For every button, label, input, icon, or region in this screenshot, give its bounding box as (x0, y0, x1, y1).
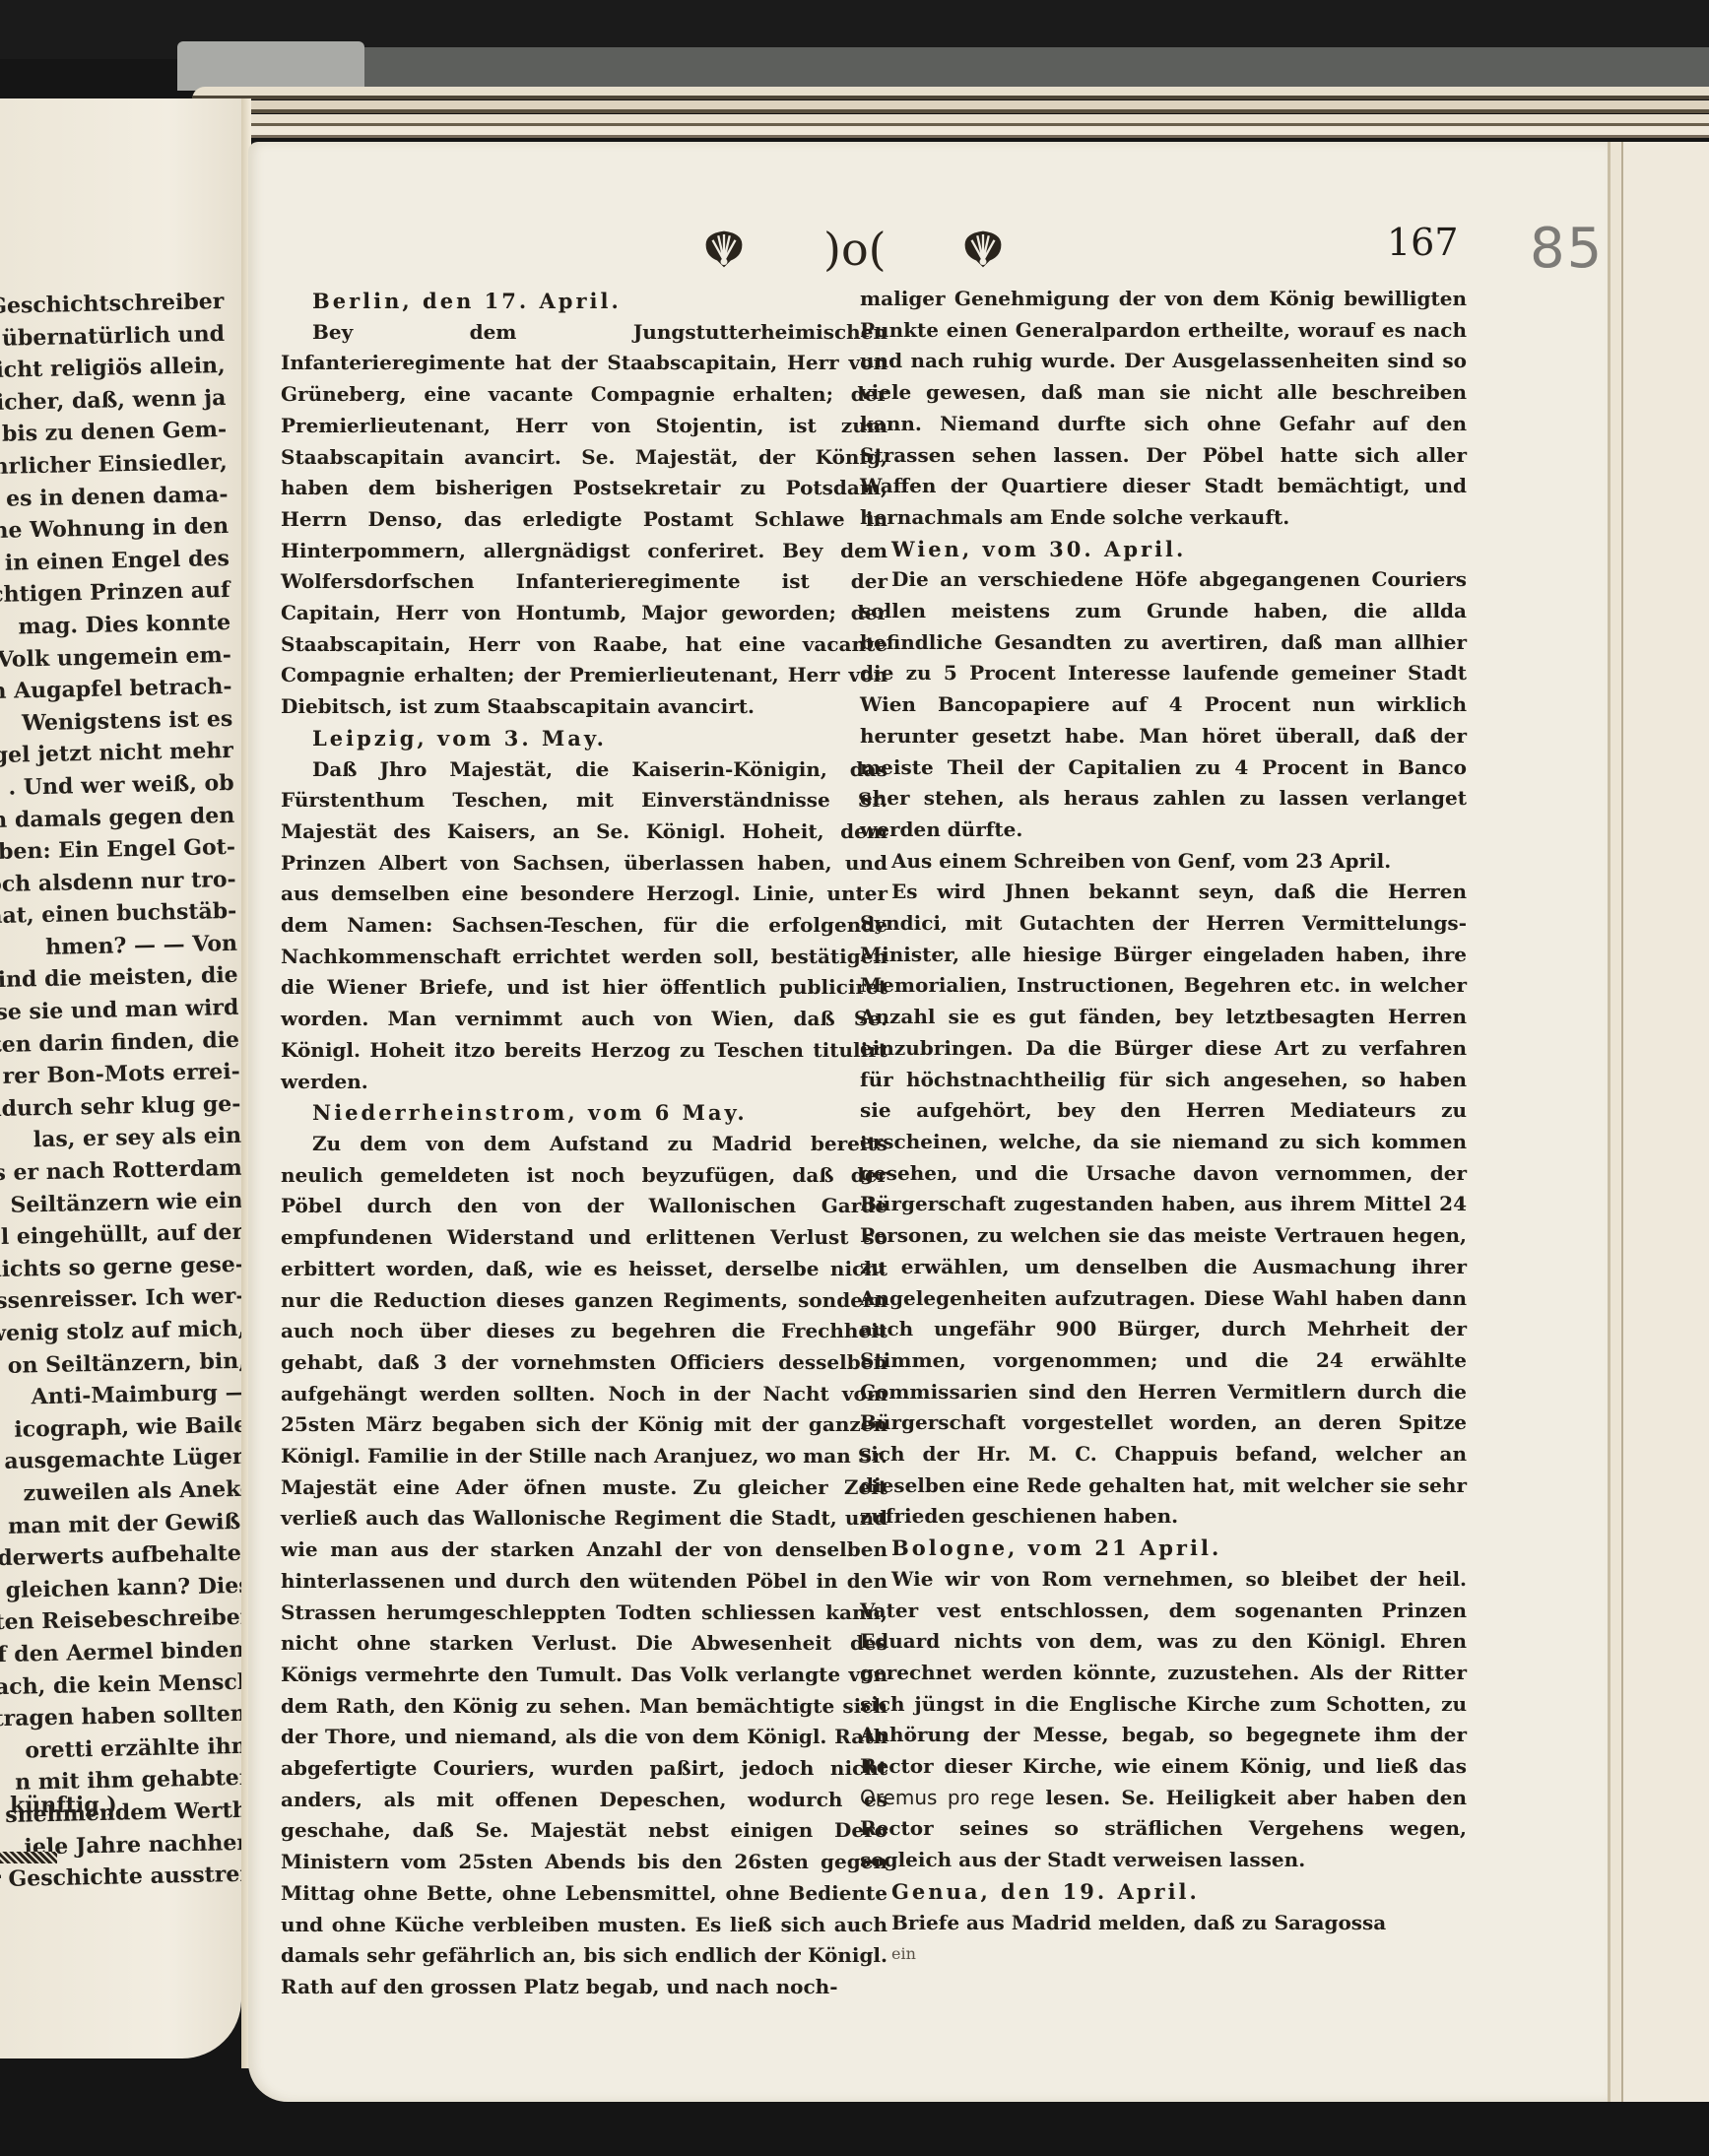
latin-phrase: Oremus pro rege (860, 1786, 1034, 1809)
article-niederrheinstrom: Zu dem von dem Aufstand zu Madrid bereit… (281, 1129, 887, 2003)
center-ornament: )o( (823, 225, 887, 274)
facing-page-line: r Geschichte ausstrei- (0, 1859, 241, 1899)
column-right: maliger Genehmigung der von dem König be… (860, 284, 1467, 1970)
dateline-bologne: Bologne, vom 21 April. (860, 1533, 1467, 1564)
shell-ornament-icon (701, 227, 747, 272)
article-bologne-text: Wie wir von Rom vernehmen, so bleibet de… (860, 1567, 1467, 1778)
ornamental-rule (0, 1852, 57, 1863)
dateline-niederrheinstrom: Niederrheinstrom, vom 6 May. (281, 1097, 887, 1129)
article-leipzig: Daß Jhro Majestät, die Kaiserin-Königin,… (281, 754, 887, 1098)
subhead-genf: Aus einem Schreiben von Genf, vom 23 Apr… (860, 846, 1467, 878)
dateline-berlin: Berlin, den 17. April. (281, 286, 887, 317)
shell-ornament-icon (960, 227, 1006, 272)
continuation-note: künftig.) (10, 1793, 117, 1818)
folio-stamp: 85 (1530, 217, 1604, 281)
page-number: 167 (1387, 221, 1459, 264)
catchword: ein (860, 1938, 1467, 1970)
facing-page-text: este Geschichtschreibersehr übernatürlic… (0, 286, 241, 1899)
article-bologne: Wie wir von Rom vernehmen, so bleibet de… (860, 1564, 1467, 1876)
article-genf: Es wird Jhnen bekannt seyn, daß die Herr… (860, 877, 1467, 1533)
article-wien: Die an verschiedene Höfe abgegangenen Co… (860, 564, 1467, 845)
facing-page: este Geschichtschreibersehr übernatürlic… (0, 98, 241, 2058)
article-continuation: maliger Genehmigung der von dem König be… (860, 284, 1467, 534)
book-clamp (177, 41, 364, 91)
page-fore-edge (1608, 142, 1709, 2102)
column-left: Berlin, den 17. April. Bey dem Jungstutt… (281, 286, 887, 2003)
dateline-wien: Wien, vom 30. April. (860, 534, 1467, 565)
dateline-genua: Genua, den 19. April. (860, 1876, 1467, 1908)
dateline-leipzig: Leipzig, vom 3. May. (281, 723, 887, 754)
page-edges-stack (192, 87, 1709, 146)
article-berlin: Bey dem Jungstutterheimischen Infanterie… (281, 317, 887, 723)
article-genua: Briefe aus Madrid melden, daß zu Saragos… (860, 1908, 1467, 1939)
